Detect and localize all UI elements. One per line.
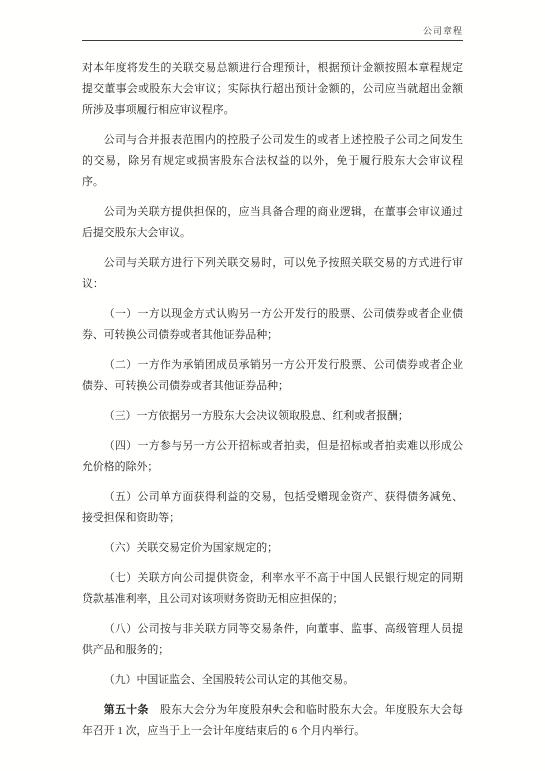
paragraph: （九）中国证监会、全国股转公司认定的其他交易。 <box>82 670 463 691</box>
paragraph: 对本年度将发生的关联交易总额进行合理预计，根据预计金额按照本章程规定提交董事会或… <box>82 58 463 121</box>
paragraph: （七）关联方向公司提供资金，利率水平不高于中国人民银行规定的同期贷款基准利率，且… <box>82 568 463 610</box>
paragraph: 公司为关联方提供担保的，应当具备合理的商业逻辑，在董事会审议通过后提交股东大会审… <box>82 202 463 244</box>
paragraph: （五）公司单方面获得利益的交易，包括受赠现金资产、获得债务减免、接受担保和资助等… <box>82 487 463 529</box>
paragraph: （四）一方参与另一方公开招标或者拍卖，但是招标或者拍卖难以形成公允价格的除外； <box>82 436 463 478</box>
paragraph: 公司与合并报表范围内的控股子公司发生的或者上述控股子公司之间发生的交易，除另有规… <box>82 130 463 193</box>
paragraph: （二）一方作为承销团成员承销另一方公开发行股票、公司债券或者企业债券、可转换公司… <box>82 355 463 397</box>
document-page: 公司章程 对本年度将发生的关联交易总额进行合理预计，根据预计金额按照本章程规定提… <box>0 0 545 771</box>
page-number: 14 <box>268 704 278 714</box>
paragraph: （三）一方依据另一方股东大会决议领取股息、红利或者报酬； <box>82 406 463 427</box>
document-body: 对本年度将发生的关联交易总额进行合理预计，根据预计金额按照本章程规定提交董事会或… <box>82 58 463 751</box>
paragraph: （六）关联交易定价为国家规定的； <box>82 538 463 559</box>
paragraph: 公司与关联方进行下列关联交易时，可以免予按照关联交易的方式进行审议： <box>82 253 463 295</box>
paragraph: （八）公司按与非关联方同等交易条件，向董事、监事、高级管理人员提供产品和服务的； <box>82 619 463 661</box>
paragraph: （一）一方以现金方式认购另一方公开发行的股票、公司债券或者企业债券、可转换公司债… <box>82 304 463 346</box>
page-header: 公司章程 <box>82 24 463 41</box>
page-footer: 14 <box>0 704 545 714</box>
header-title: 公司章程 <box>423 26 463 36</box>
